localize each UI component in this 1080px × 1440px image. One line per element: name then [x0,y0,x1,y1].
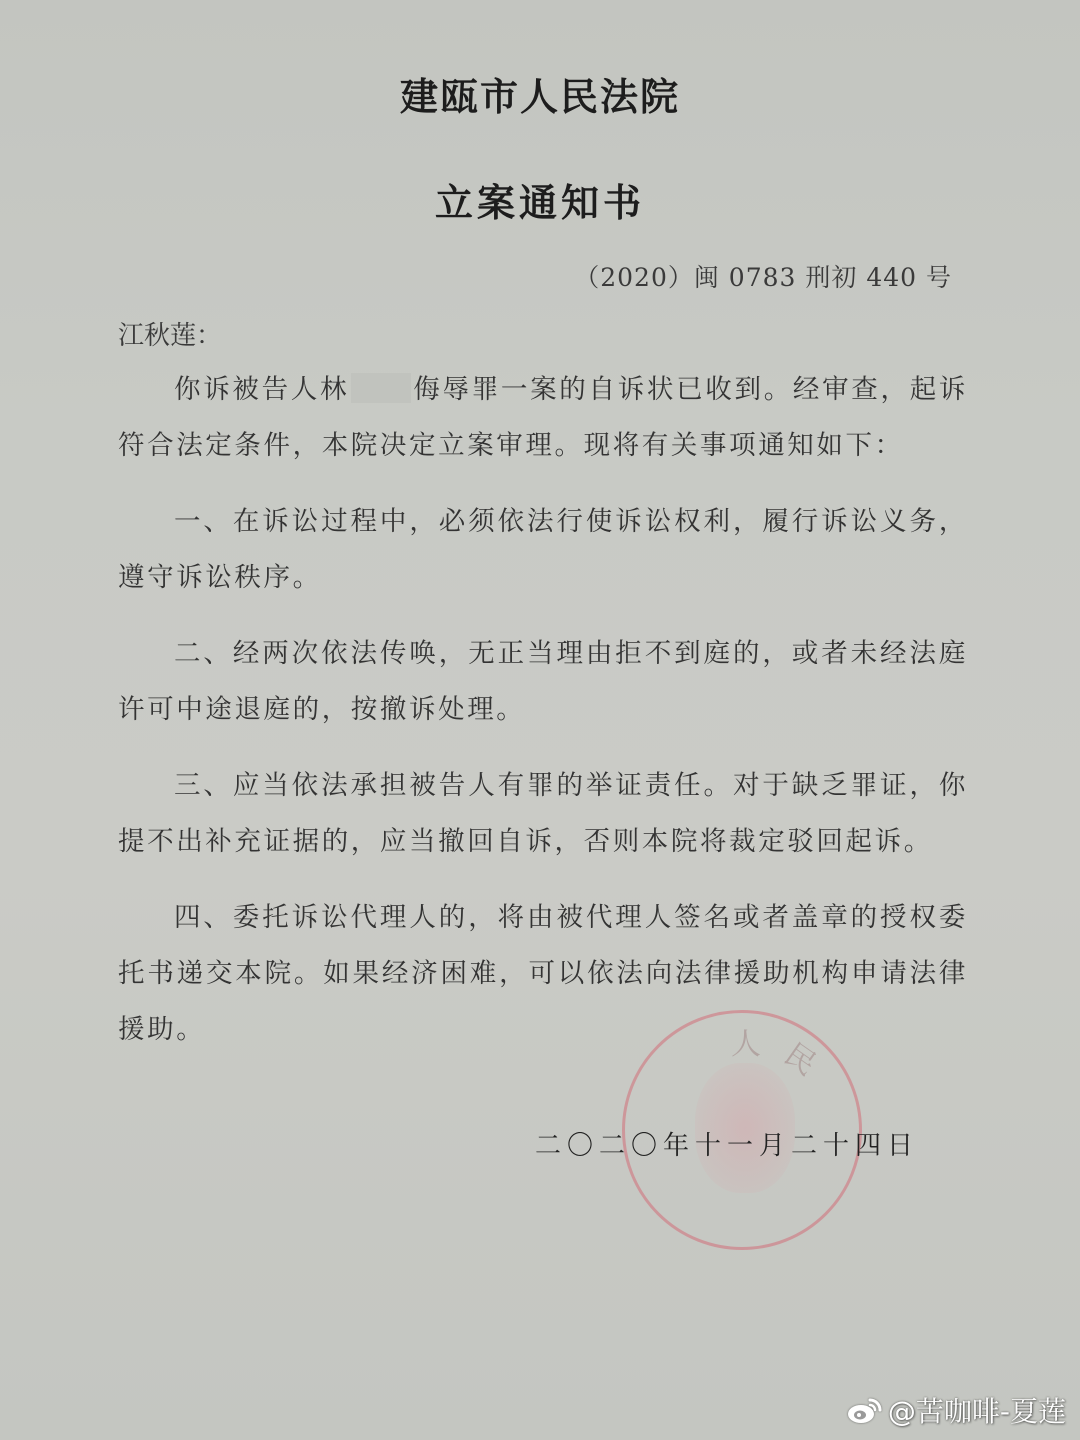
issue-date: 二〇二〇年十一月二十四日 [535,1125,919,1162]
paragraph-item-2: 二、经两次依法传唤，无正当理由拒不到庭的，或者未经法庭许可中途退庭的，按撤诉处理… [118,626,968,738]
court-name: 建瓯市人民法院 [0,66,1080,121]
weibo-watermark: @苦咖啡-夏莲 [846,1390,1066,1430]
paragraph-item-3: 三、应当依法承担被告人有罪的举证责任。对于缺乏罪证，你提不出补充证据的，应当撤回… [118,758,968,870]
seal-char: 民 [777,1030,827,1083]
document-page: 建瓯市人民法院 立案通知书 （2020）闽 0783 刑初 440 号 江秋莲：… [0,0,1080,1440]
paragraph-intro: 你诉被告人林侮辱罪一案的自诉状已收到。经审查，起诉符合法定条件，本院决定立案审理… [118,362,968,474]
document-title: 立案通知书 [0,172,1080,227]
seal-char: 人 [731,1019,761,1063]
case-number: （2020）闽 0783 刑初 440 号 [574,258,952,294]
watermark-text: @苦咖啡-夏莲 [888,1390,1066,1430]
paragraph-item-1: 一、在诉讼过程中，必须依法行使诉讼权利，履行诉讼义务，遵守诉讼秩序。 [118,494,968,606]
paragraph-item-4: 四、委托诉讼代理人的，将由被代理人签名或者盖章的授权委托书递交本院。如果经济困难… [118,890,968,1058]
intro-text-before: 你诉被告人林 [174,374,349,405]
notice-body: 你诉被告人林侮辱罪一案的自诉状已收到。经审查，起诉符合法定条件，本院决定立案审理… [118,362,968,1058]
addressee: 江秋莲： [118,315,222,352]
weibo-icon [846,1394,884,1426]
redacted-name-block [351,373,411,403]
